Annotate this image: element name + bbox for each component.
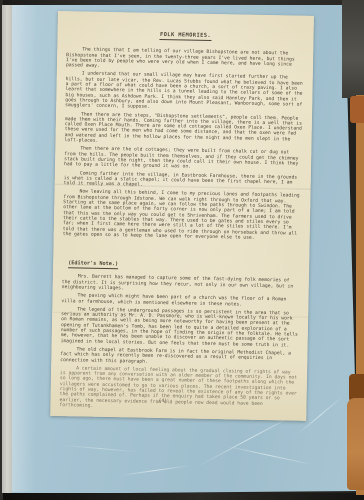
page-sheen [12,4,36,492]
document-text: FOLK MEMORIES. The things that I am tell… [59,31,304,416]
paragraph: I understand that our small village may … [65,72,304,114]
photo-edge-top-right [342,0,364,98]
scrapbook-photo: FOLK MEMORIES. The things that I am tell… [0,0,364,500]
scuff-mark [60,445,140,453]
section-heading-folk-memories: FOLK MEMORIES. [67,31,305,41]
photo-edge-bottom [0,493,364,500]
typed-document: FOLK MEMORIES. The things that I am tell… [50,11,314,421]
paragraph: Coming further into the village, in East… [64,171,302,191]
paragraph: The old chapel at Eastbrook Farm is in f… [60,347,298,367]
paragraph: The legend of the underground passages i… [61,307,300,349]
scuff-mark [120,465,189,476]
paragraph: Then there are the old cottages; they we… [64,146,302,172]
paragraph: The paving which might have been part of… [61,293,299,308]
scuff-mark [226,446,314,466]
section-heading-editors-note: (Editor's Note.) [68,261,300,271]
paragraph: Mrs. Barrett has managed to capture some… [62,275,300,295]
paragraph: A certain amount of local feeling about … [59,366,298,413]
paragraph: Now leaving all this behind, I come to m… [63,190,302,242]
tape-fragment-bottom [347,398,364,490]
page-number: (4) [158,399,167,404]
underlying-page-edge [2,5,12,493]
paragraph: Then there are the steps, "Bishopstone s… [64,112,303,148]
photo-edge-top [0,0,364,5]
paragraph: The things that I am telling of our vill… [66,47,304,73]
tape-fragment-top [350,96,364,123]
